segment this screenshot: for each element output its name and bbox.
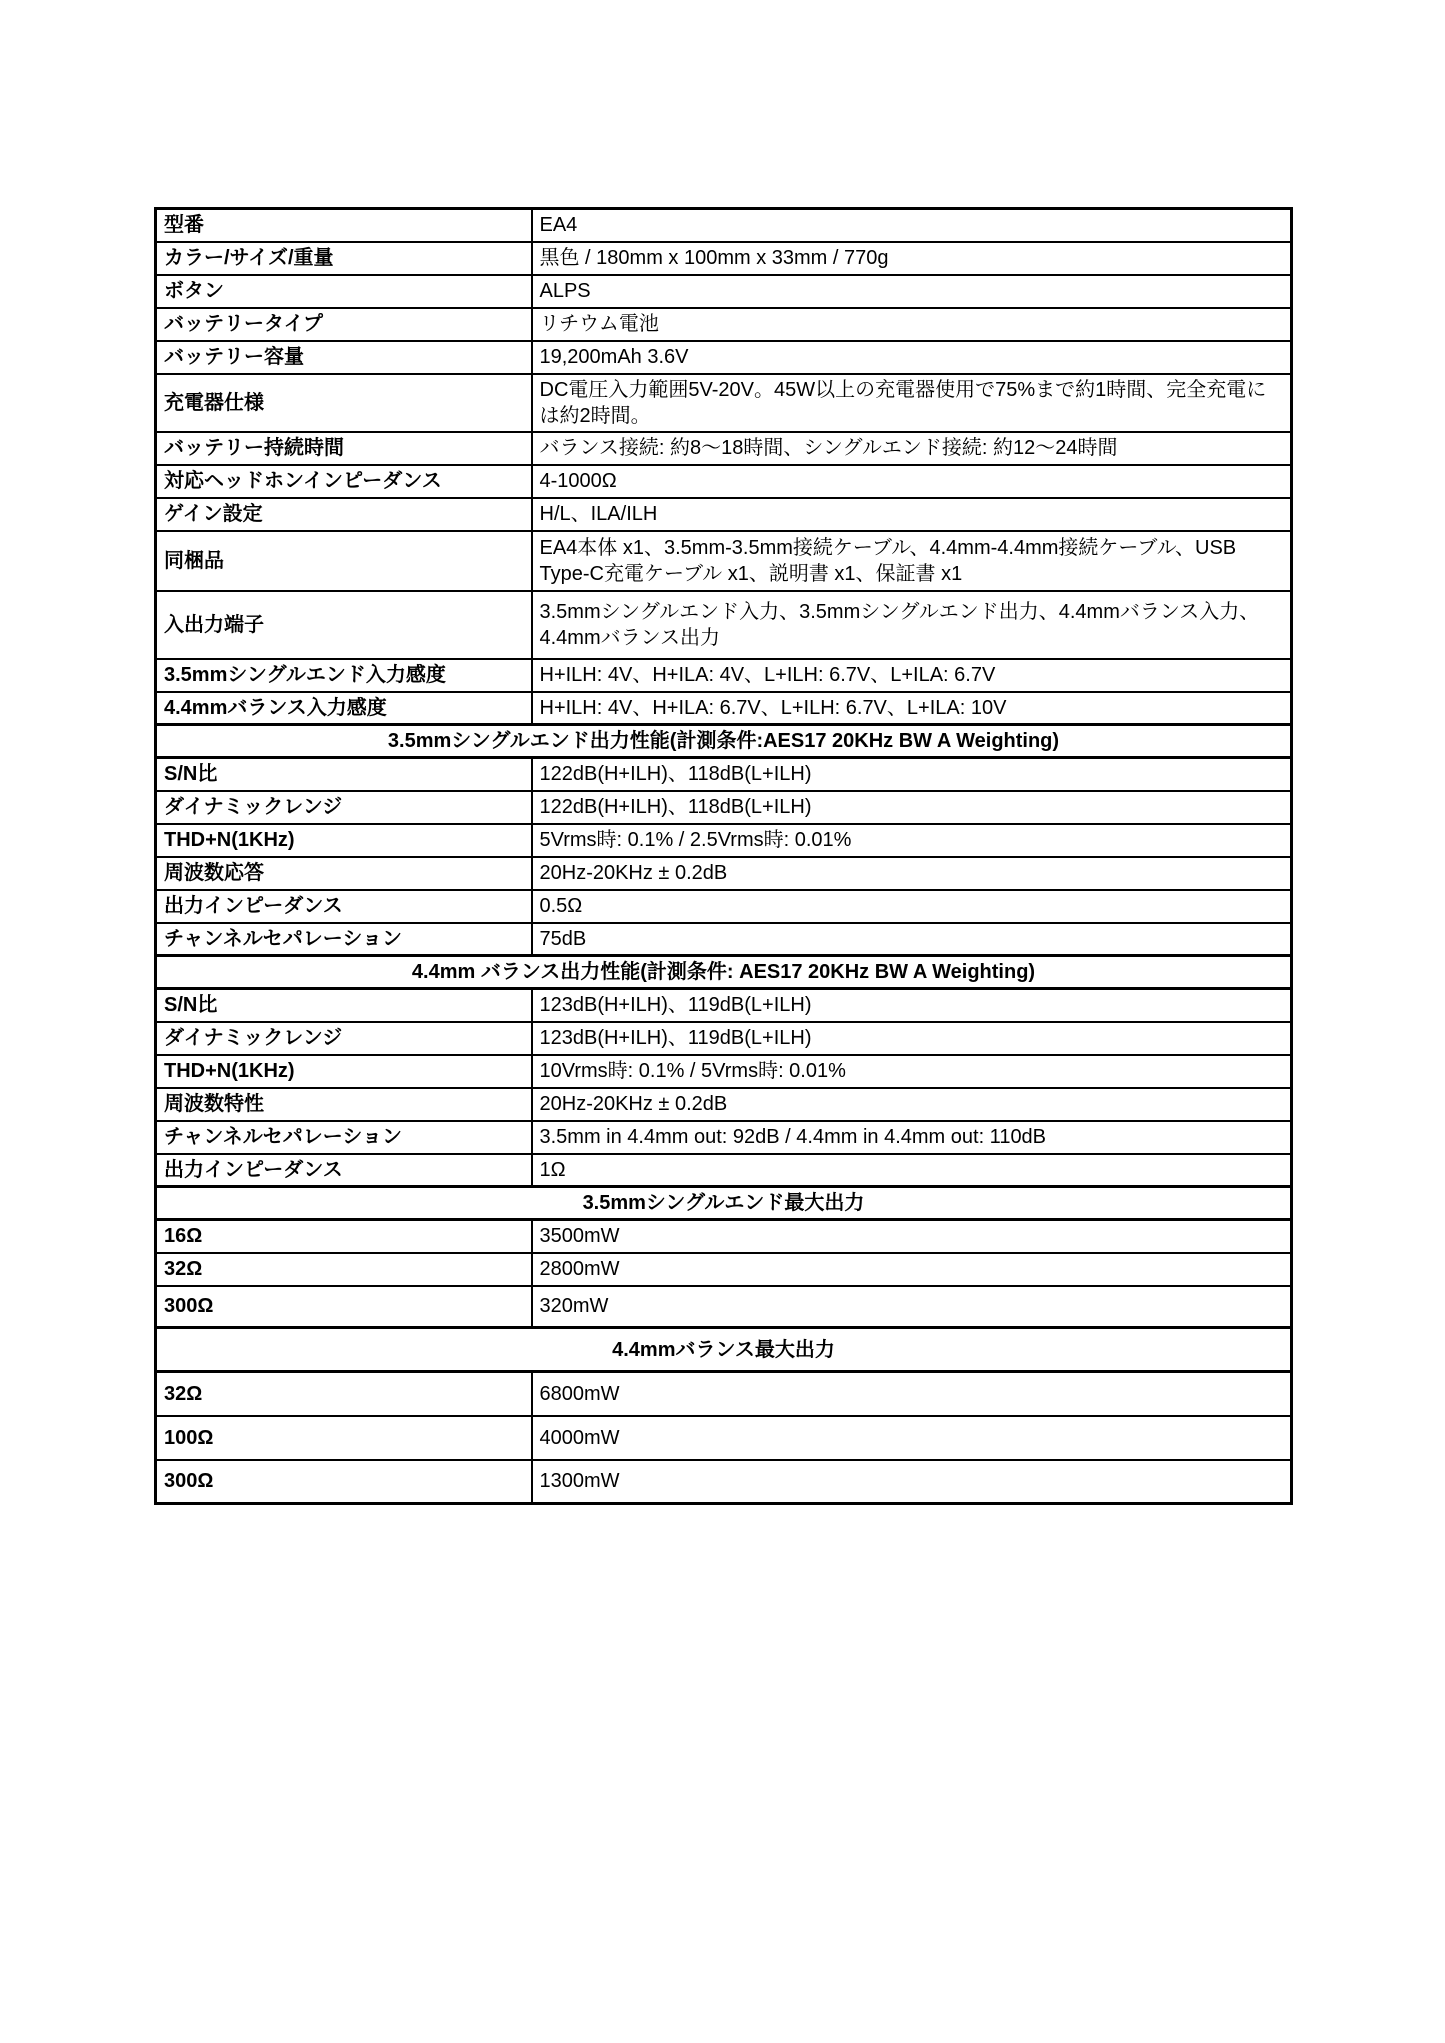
- spec-value: 2800mW: [532, 1253, 1292, 1286]
- spec-value: DC電圧入力範囲5V-20V。45W以上の充電器使用で75%まで約1時間、完全充…: [532, 374, 1292, 432]
- spec-label: チャンネルセパレーション: [156, 1121, 532, 1154]
- spec-label: 3.5mmシングルエンド入力感度: [156, 659, 532, 692]
- spec-value: 20Hz-20KHz ± 0.2dB: [532, 1088, 1292, 1121]
- section-header: 4.4mm バランス出力性能(計測条件: AES17 20KHz BW A We…: [156, 956, 1292, 989]
- table-row: 16Ω 3500mW: [156, 1220, 1292, 1253]
- spec-value: 123dB(H+ILH)、119dB(L+ILH): [532, 1022, 1292, 1055]
- spec-value: 4000mW: [532, 1416, 1292, 1460]
- table-row: 300Ω 1300mW: [156, 1460, 1292, 1504]
- section-header: 3.5mmシングルエンド出力性能(計測条件:AES17 20KHz BW A W…: [156, 725, 1292, 758]
- table-row: 4.4mmバランス入力感度 H+ILH: 4V、H+ILA: 6.7V、L+IL…: [156, 692, 1292, 725]
- spec-value: 1300mW: [532, 1460, 1292, 1504]
- spec-value: 320mW: [532, 1286, 1292, 1328]
- table-row: バッテリータイプ リチウム電池: [156, 308, 1292, 341]
- table-row: カラー/サイズ/重量 黒色 / 180mm x 100mm x 33mm / 7…: [156, 242, 1292, 275]
- table-row: 100Ω 4000mW: [156, 1416, 1292, 1460]
- table-row: THD+N(1KHz) 10Vrms時: 0.1% / 5Vrms時: 0.01…: [156, 1055, 1292, 1088]
- spec-value: 1Ω: [532, 1154, 1292, 1187]
- table-section-row: 4.4mmバランス最大出力: [156, 1328, 1292, 1372]
- spec-value: 3.5mm in 4.4mm out: 92dB / 4.4mm in 4.4m…: [532, 1121, 1292, 1154]
- spec-label: チャンネルセパレーション: [156, 923, 532, 956]
- spec-label: S/N比: [156, 989, 532, 1022]
- spec-value: バランス接続: 約8〜18時間、シングルエンド接続: 約12〜24時間: [532, 432, 1292, 465]
- spec-value: H+ILH: 4V、H+ILA: 4V、L+ILH: 6.7V、L+ILA: 6…: [532, 659, 1292, 692]
- spec-value: 5Vrms時: 0.1% / 2.5Vrms時: 0.01%: [532, 824, 1292, 857]
- table-section-row: 3.5mmシングルエンド出力性能(計測条件:AES17 20KHz BW A W…: [156, 725, 1292, 758]
- spec-label: S/N比: [156, 758, 532, 791]
- document-page: 型番 EA4 カラー/サイズ/重量 黒色 / 180mm x 100mm x 3…: [0, 0, 1445, 2043]
- table-row: バッテリー持続時間 バランス接続: 約8〜18時間、シングルエンド接続: 約12…: [156, 432, 1292, 465]
- spec-label: 16Ω: [156, 1220, 532, 1253]
- spec-value: H/L、ILA/ILH: [532, 498, 1292, 531]
- spec-value: 123dB(H+ILH)、119dB(L+ILH): [532, 989, 1292, 1022]
- spec-value: 75dB: [532, 923, 1292, 956]
- table-row: 充電器仕様 DC電圧入力範囲5V-20V。45W以上の充電器使用で75%まで約1…: [156, 374, 1292, 432]
- spec-value: リチウム電池: [532, 308, 1292, 341]
- section-header: 4.4mmバランス最大出力: [156, 1328, 1292, 1372]
- spec-value: EA4: [532, 209, 1292, 242]
- table-row: 周波数応答 20Hz-20KHz ± 0.2dB: [156, 857, 1292, 890]
- table-row: チャンネルセパレーション 75dB: [156, 923, 1292, 956]
- table-row: ゲイン設定 H/L、ILA/ILH: [156, 498, 1292, 531]
- spec-label: 300Ω: [156, 1286, 532, 1328]
- spec-value: 122dB(H+ILH)、118dB(L+ILH): [532, 791, 1292, 824]
- table-row: 3.5mmシングルエンド入力感度 H+ILH: 4V、H+ILA: 4V、L+I…: [156, 659, 1292, 692]
- spec-label: 周波数応答: [156, 857, 532, 890]
- table-row: 300Ω 320mW: [156, 1286, 1292, 1328]
- spec-value: 20Hz-20KHz ± 0.2dB: [532, 857, 1292, 890]
- spec-value: 4-1000Ω: [532, 465, 1292, 498]
- table-row: 対応ヘッドホンインピーダンス 4-1000Ω: [156, 465, 1292, 498]
- table-row: ダイナミックレンジ 123dB(H+ILH)、119dB(L+ILH): [156, 1022, 1292, 1055]
- spec-value: 10Vrms時: 0.1% / 5Vrms時: 0.01%: [532, 1055, 1292, 1088]
- spec-value: 3500mW: [532, 1220, 1292, 1253]
- spec-label: ダイナミックレンジ: [156, 791, 532, 824]
- table-row: 同梱品 EA4本体 x1、3.5mm-3.5mm接続ケーブル、4.4mm-4.4…: [156, 531, 1292, 591]
- spec-label: ボタン: [156, 275, 532, 308]
- table-row: 出力インピーダンス 1Ω: [156, 1154, 1292, 1187]
- spec-label: THD+N(1KHz): [156, 824, 532, 857]
- spec-label: 入出力端子: [156, 591, 532, 659]
- spec-value: 0.5Ω: [532, 890, 1292, 923]
- spec-label: 型番: [156, 209, 532, 242]
- spec-value: 122dB(H+ILH)、118dB(L+ILH): [532, 758, 1292, 791]
- spec-label: 32Ω: [156, 1372, 532, 1416]
- spec-label: 同梱品: [156, 531, 532, 591]
- spec-label: 出力インピーダンス: [156, 890, 532, 923]
- table-section-row: 4.4mm バランス出力性能(計測条件: AES17 20KHz BW A We…: [156, 956, 1292, 989]
- spec-value: 19,200mAh 3.6V: [532, 341, 1292, 374]
- spec-value: EA4本体 x1、3.5mm-3.5mm接続ケーブル、4.4mm-4.4mm接続…: [532, 531, 1292, 591]
- spec-label: 32Ω: [156, 1253, 532, 1286]
- spec-label: 充電器仕様: [156, 374, 532, 432]
- table-row: 型番 EA4: [156, 209, 1292, 242]
- table-row: バッテリー容量 19,200mAh 3.6V: [156, 341, 1292, 374]
- table-row: 入出力端子 3.5mmシングルエンド入力、3.5mmシングルエンド出力、4.4m…: [156, 591, 1292, 659]
- table-row: 32Ω 6800mW: [156, 1372, 1292, 1416]
- table-row: THD+N(1KHz) 5Vrms時: 0.1% / 2.5Vrms時: 0.0…: [156, 824, 1292, 857]
- table-row: チャンネルセパレーション 3.5mm in 4.4mm out: 92dB / …: [156, 1121, 1292, 1154]
- table-row: ダイナミックレンジ 122dB(H+ILH)、118dB(L+ILH): [156, 791, 1292, 824]
- spec-label: 4.4mmバランス入力感度: [156, 692, 532, 725]
- spec-value: 3.5mmシングルエンド入力、3.5mmシングルエンド出力、4.4mmバランス入…: [532, 591, 1292, 659]
- spec-label: 周波数特性: [156, 1088, 532, 1121]
- spec-label: ダイナミックレンジ: [156, 1022, 532, 1055]
- spec-label: カラー/サイズ/重量: [156, 242, 532, 275]
- table-row: 出力インピーダンス 0.5Ω: [156, 890, 1292, 923]
- spec-label: ゲイン設定: [156, 498, 532, 531]
- spec-label: 対応ヘッドホンインピーダンス: [156, 465, 532, 498]
- table-row: S/N比 123dB(H+ILH)、119dB(L+ILH): [156, 989, 1292, 1022]
- spec-value: H+ILH: 4V、H+ILA: 6.7V、L+ILH: 6.7V、L+ILA:…: [532, 692, 1292, 725]
- spec-label: バッテリー持続時間: [156, 432, 532, 465]
- spec-label: 100Ω: [156, 1416, 532, 1460]
- section-header: 3.5mmシングルエンド最大出力: [156, 1187, 1292, 1220]
- spec-label: THD+N(1KHz): [156, 1055, 532, 1088]
- spec-label: バッテリータイプ: [156, 308, 532, 341]
- spec-label: 300Ω: [156, 1460, 532, 1504]
- spec-table: 型番 EA4 カラー/サイズ/重量 黒色 / 180mm x 100mm x 3…: [154, 207, 1293, 1505]
- table-section-row: 3.5mmシングルエンド最大出力: [156, 1187, 1292, 1220]
- spec-value: 黒色 / 180mm x 100mm x 33mm / 770g: [532, 242, 1292, 275]
- spec-value: 6800mW: [532, 1372, 1292, 1416]
- table-row: 周波数特性 20Hz-20KHz ± 0.2dB: [156, 1088, 1292, 1121]
- spec-label: 出力インピーダンス: [156, 1154, 532, 1187]
- table-row: ボタン ALPS: [156, 275, 1292, 308]
- table-row: 32Ω 2800mW: [156, 1253, 1292, 1286]
- spec-label: バッテリー容量: [156, 341, 532, 374]
- table-row: S/N比 122dB(H+ILH)、118dB(L+ILH): [156, 758, 1292, 791]
- spec-value: ALPS: [532, 275, 1292, 308]
